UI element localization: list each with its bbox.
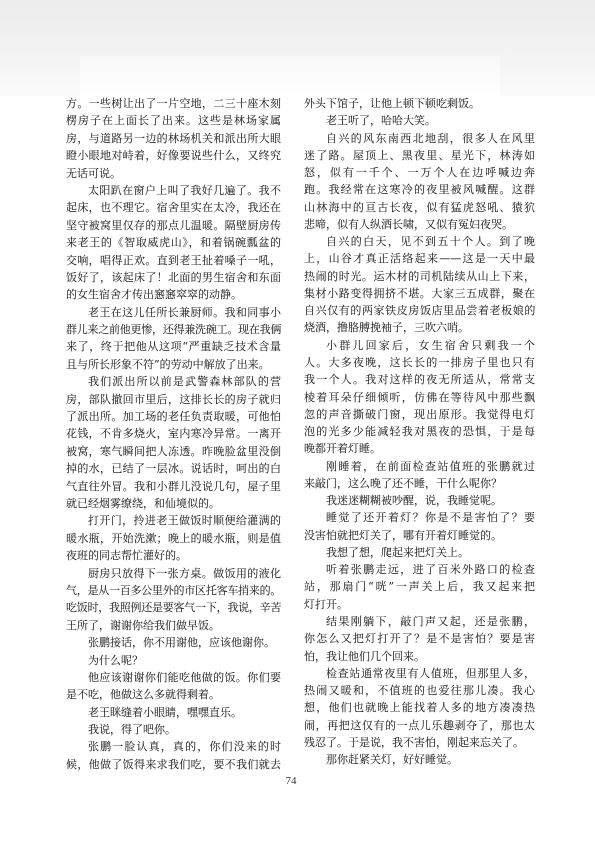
text-line: 老王在这儿任所长兼厨师。我和同事小	[66, 304, 281, 321]
text-line: 太阳趴在窗户上叫了我好几遍了。我不	[66, 182, 281, 199]
text-line: 楞房子在上面长了出来。这些是林场家属	[66, 112, 281, 129]
text-line: 被窝，寒气瞬间把人冻透。昨晚脸盆里没倒	[66, 443, 281, 460]
text-line: 气，是从一百多公里外的市区托客车捎来的。	[66, 582, 281, 599]
text-line: 跑。我经常在这寒冷的夜里被风喊醒。这群	[304, 181, 535, 198]
text-line: 房，与道路另一边的林场机关和派出所大眼	[66, 130, 281, 147]
text-line: 迷了路。屋顶上、黑夜里、星光下，林涛如	[304, 147, 535, 164]
text-line: 上，山谷才真正活络起来——这是一天中最	[304, 250, 535, 267]
text-line: 的女生宿舍才传出窸窸窣窣的动静。	[66, 286, 281, 303]
text-line: 灯打开。	[304, 596, 535, 613]
text-line: 残忍了。于是说，我不害怕，刚起来忘关了。	[304, 734, 535, 751]
text-line: 自兴的白天，见不到五十个人。到了晚	[304, 233, 535, 250]
text-line: 王所了，谢谢你给我们做早饭。	[66, 617, 281, 634]
text-line: 棱着耳朵仔细倾听，仿佛在等待风中那些飘	[304, 389, 535, 406]
text-line: 没害怕就把灯关了，哪有开着灯睡觉的。	[304, 527, 535, 544]
text-line: 来老王的《智取威虎山》，和着锅碗瓢盆的	[66, 234, 281, 251]
text-line: 我想了想，爬起来把灯关上。	[304, 544, 535, 561]
text-line: 烧酒，撸胳膊挽袖子，三吹六哨。	[304, 319, 535, 336]
text-line: 闹，再把这仅有的一点儿乐趣剥夺了，那也太	[304, 717, 535, 734]
text-line: 坚守被窝里仅存的那点儿温暖。隔壁厨房传	[66, 217, 281, 234]
scan-header-highlight	[80, 56, 500, 96]
text-line: 想，他们也就晚上能找着人多的地方凑凑热	[304, 699, 535, 716]
text-line: 他应该谢谢你们能吃他做的饭。你们要	[66, 669, 281, 686]
text-line: 方。一些树让出了一片空地，二三十座木刻	[66, 95, 281, 112]
text-line: 结果刚躺下，敲门声又起，还是张鹏，	[304, 613, 535, 630]
text-line: 怒，似有一千个、一万个人在边呼喊边奔	[304, 164, 535, 181]
text-line: 外头下馆子，让他上顿下顿吃剩饭。	[304, 95, 535, 112]
text-line: 自兴仅有的两家铁皮房饭店里品尝着老板娘的	[304, 302, 535, 319]
text-line: 刚睡着，在前面检查站值班的张鹏就过	[304, 458, 535, 475]
text-line: 张鹏一脸认真，真的，你们没来的时	[66, 738, 281, 755]
text-line: 夜班的同志帮忙灌好的。	[66, 547, 281, 564]
text-line: 山林海中的亘古长夜，似有猛虎怒吼、猿狖	[304, 199, 535, 216]
text-line: 为什么呢？	[66, 652, 281, 669]
text-line: 是不吃，他做这么多就得剩着。	[66, 686, 281, 703]
text-line: 且与所长形象不符”的劳动中解放了出来。	[66, 356, 281, 373]
right-column: 外头下馆子，让他上顿下顿吃剩饭。 老王听了，哈哈大笑。 自兴的风东南西北地刮，很…	[304, 95, 535, 768]
text-line: 你怎么又把灯打开了？是不是害怕？要是害	[304, 630, 535, 647]
text-line: 来敲门，这么晚了还不睡，干什么呢你？	[304, 475, 535, 492]
text-line: 人。大多夜晚，这长长的一排房子里也只有	[304, 354, 535, 371]
text-line: 怕，我让他们几个回来。	[304, 648, 535, 665]
text-line: 气直往外冒。我和小群儿没说几句，屋子里	[66, 478, 281, 495]
text-line: 张鹏接话，你不用谢他，应该他谢你。	[66, 634, 281, 651]
text-line: 我们派出所以前是武警森林部队的营	[66, 373, 281, 390]
text-line: 那你赶紧关灯，好好睡觉。	[304, 751, 535, 768]
text-line: 热闹的时光。运木材的司机陆续从山上下来，	[304, 268, 535, 285]
text-line: 老王眯缝着小眼睛，嘿嘿直乐。	[66, 704, 281, 721]
text-line: 集材小路变得拥挤不堪。大家三五成群，聚在	[304, 285, 535, 302]
text-line: 我说，得了吧你。	[66, 721, 281, 738]
text-line: 悲啼，似有人纵酒长啸，又似有冤妇夜哭。	[304, 216, 535, 233]
text-line: 打开门，拎进老王做饭时顺便给灌满的	[66, 512, 281, 529]
text-line: 了派出所。加工场的老任负责取暖，可他怕	[66, 408, 281, 425]
text-line: 热闹又暖和，不值班的也爱往那儿凑。我心	[304, 682, 535, 699]
text-line: 无话可说。	[66, 165, 281, 182]
text-line: 睡觉了还开着灯？你是不是害怕了？要	[304, 509, 535, 526]
text-line: 忽的声音撕破门窗，现出原形。我觉得电灯	[304, 406, 535, 423]
text-line: 群儿来之前他更惨，还得兼洗碗工。现在我俩	[66, 321, 281, 338]
text-line: 掉的水，已结了一层冰。说话时，呵出的白	[66, 460, 281, 477]
text-line: 来了，终于把他从这项“严重缺乏技术含量	[66, 338, 281, 355]
text-line: 检查站通常夜里有人值班，但那里人多，	[304, 665, 535, 682]
text-line: 我一个人。我对这样的夜无所适从，常常支	[304, 371, 535, 388]
scan-header-shading	[0, 0, 595, 96]
text-line: 站，那扇门“咣”一声关上后，我又起来把	[304, 578, 535, 595]
text-line: 厨房只放得下一张方桌。做饭用的液化	[66, 565, 281, 582]
text-line: 吃饭时，我照例还是要客气一下，我说，辛苦	[66, 599, 281, 616]
text-line: 花钱，不肯多烧火，室内寒冷异常。一离开	[66, 425, 281, 442]
text-line: 泡的光多少能减轻我对黑夜的恐惧，于是每	[304, 423, 535, 440]
text-line: 交响，唱得正欢。直到老王扯着嗓子一吼，	[66, 252, 281, 269]
text-line: 老王听了，哈哈大笑。	[304, 112, 535, 129]
text-line: 暖水瓶，开始洗漱；晚上的暖水瓶，则是值	[66, 530, 281, 547]
left-column: 方。一些树让出了一片空地，二三十座木刻 楞房子在上面长了出来。这些是林场家属 房…	[66, 95, 281, 773]
text-line: 我迷迷糊糊被吵醒，说，我睡觉呢。	[304, 492, 535, 509]
text-line: 自兴的风东南西北地刮，很多人在风里	[304, 130, 535, 147]
text-line: 瞪小眼地对峙着，好像要说些什么，又终究	[66, 147, 281, 164]
page-number: 74	[276, 775, 306, 787]
text-line: 房，部队撤回市里后，这排长长的房子就归	[66, 391, 281, 408]
text-line: 起床，也不理它。宿舍里实在太冷，我还在	[66, 199, 281, 216]
text-line: 听着张鹏走远，进了百米外路口的检查	[304, 561, 535, 578]
text-line: 候，他做了饭得来求我们吃，要不我们就去	[66, 756, 281, 773]
text-line: 小群儿回家后，女生宿舍只剩我一个	[304, 337, 535, 354]
text-line: 晚都开着灯睡。	[304, 440, 535, 457]
text-line: 饭好了，该起床了！北面的男生宿舍和东面	[66, 269, 281, 286]
text-line: 就已经烟雾缭绕，和仙境似的。	[66, 495, 281, 512]
